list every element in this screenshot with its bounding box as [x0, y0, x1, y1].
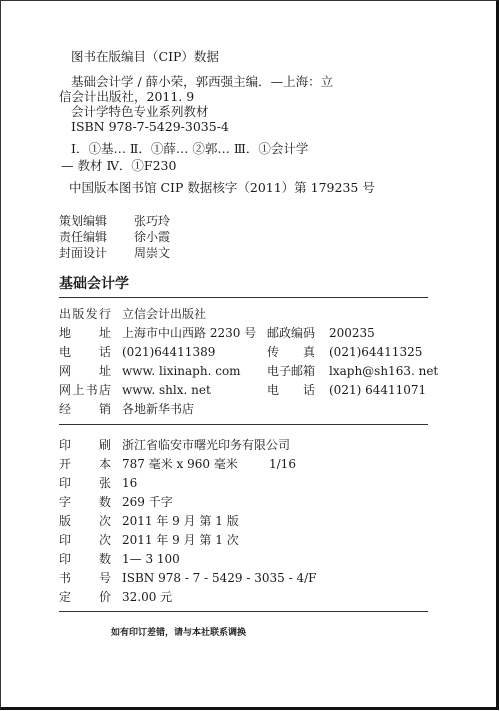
fax-label: 传真: [267, 345, 315, 359]
phone-value: (021)64411389: [122, 345, 215, 359]
staff-label-cover-design: 封面设计: [59, 246, 107, 260]
staff-value-cover-design: 周崇文: [134, 246, 170, 260]
cip-classification-2: — 教材 Ⅳ．①F230: [61, 158, 176, 173]
print-run-label: 印数: [59, 552, 111, 566]
publisher-label: 出版发行: [59, 307, 111, 321]
cip-line-3: 会计学特色专业系列教材: [71, 104, 209, 119]
cip-heading: 图书在版编目（CIP）数据: [71, 49, 219, 64]
cip-isbn: ISBN 978-7-5429-3035-4: [71, 119, 229, 134]
address-value: 上海市中山西路 2230 号: [122, 326, 256, 340]
cip-record-number: 中国版本图书馆 CIP 数据核字（2011）第 179235 号: [69, 180, 375, 195]
isbn-label: 书号: [59, 571, 111, 585]
staff-value-responsible-editor: 徐小霞: [134, 230, 170, 244]
online-store-label: 网上书店: [59, 383, 111, 397]
distributor-label: 经销: [59, 402, 111, 416]
impression-label: 印次: [59, 533, 111, 547]
sheets-label: 印张: [59, 476, 111, 490]
online-store-value: www. shlx. net: [122, 383, 211, 397]
price-label: 定价: [59, 590, 111, 604]
website-label: 网址: [59, 364, 111, 378]
sheets-value: 16: [122, 476, 137, 490]
postcode-label: 邮政编码: [267, 326, 315, 340]
printer-label: 印刷: [59, 438, 111, 452]
format-fraction: 1/16: [269, 457, 296, 471]
format-value: 787 毫米 x 960 毫米: [122, 457, 238, 471]
divider-2: [59, 424, 428, 425]
store-phone-value: (021) 64411071: [329, 383, 426, 397]
price-value: 32.00 元: [122, 590, 172, 604]
email-value: lxaph@sh163. net: [329, 364, 438, 378]
cip-line-2: 信会计出版社，2011. 9: [59, 89, 194, 104]
distributor-value: 各地新华书店: [122, 402, 194, 416]
word-count-label: 字数: [59, 495, 111, 509]
printer-value: 浙江省临安市曙光印务有限公司: [122, 438, 290, 452]
staff-label-responsible-editor: 责任编辑: [59, 230, 107, 244]
phone-label: 电话: [59, 345, 111, 359]
print-run-value: 1— 3 100: [122, 552, 180, 566]
word-count-value: 269 千字: [122, 495, 173, 509]
cip-line-1: 基础会计学 / 薛小荣，郭西强主编．—上海：立: [71, 74, 333, 89]
email-label: 电子邮箱: [267, 364, 315, 378]
address-label: 地址: [59, 326, 111, 340]
store-phone-label: 电话: [267, 383, 315, 397]
book-title: 基础会计学: [59, 273, 129, 293]
edition-label: 版次: [59, 514, 111, 528]
edition-value: 2011 年 9 月 第 1 版: [122, 514, 239, 528]
copyright-page: 图书在版编目（CIP）数据 基础会计学 / 薛小荣，郭西强主编．—上海：立 信会…: [0, 0, 499, 710]
impression-value: 2011 年 9 月 第 1 次: [122, 533, 239, 547]
cip-classification-1: Ⅰ．①基… Ⅱ．①薛… ②郭… Ⅲ．①会计学: [71, 141, 308, 156]
postcode-value: 200235: [329, 326, 375, 340]
website-value: www. lixinaph. com: [122, 364, 241, 378]
footer-note: 如有印订差错，请与本社联系调换: [111, 625, 246, 638]
divider-1: [59, 297, 428, 298]
fax-value: (021)64411325: [329, 345, 422, 359]
publisher-value: 立信会计出版社: [122, 307, 206, 321]
staff-label-planning-editor: 策划编辑: [59, 214, 107, 228]
format-label: 开本: [59, 457, 111, 471]
isbn-value: ISBN 978 - 7 - 5429 - 3035 - 4/F: [122, 571, 316, 585]
staff-value-planning-editor: 张巧玲: [134, 214, 170, 228]
divider-3: [59, 611, 428, 612]
